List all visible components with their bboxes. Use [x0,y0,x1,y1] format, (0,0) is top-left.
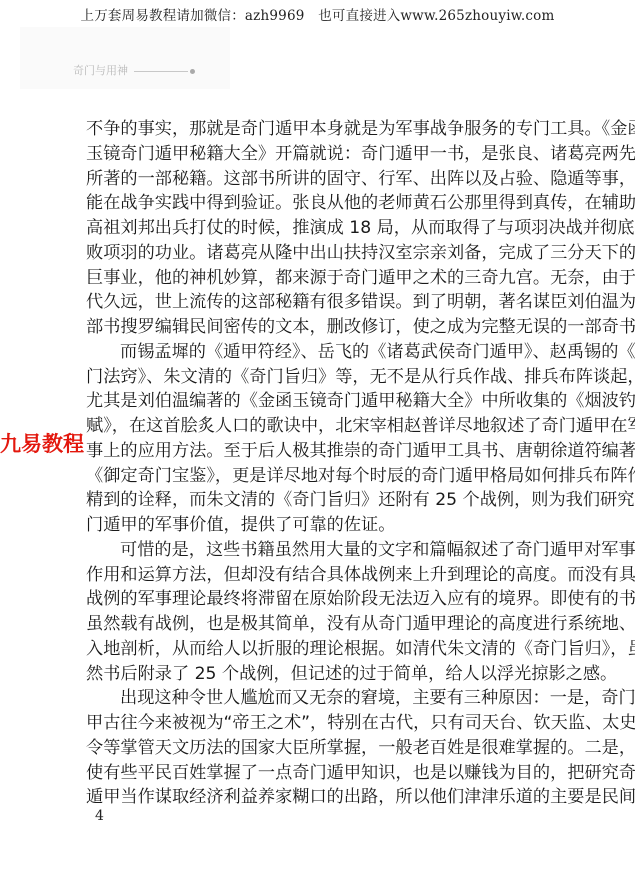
text-line: 事上的应用方法。至于后人极其推崇的奇门遁甲工具书、唐朝徐道符编著的 [86,439,552,464]
text-line: 遁甲当作谋取经济利益养家糊口的出路，所以他们津津乐道的主要是民间日 [86,785,552,810]
text-line: 代久远，世上流传的这部秘籍有很多错误。到了明朝，著名谋臣刘伯温为这 [86,290,552,315]
text-line: 甲古往今来被视为“帝王之术”，特别在古代，只有司天台、钦天监、太史 [86,711,552,736]
text-line: 玉镜奇门遁甲秘籍大全》开篇就说：奇门遁甲一书，是张良、诸葛亮两先生 [86,142,552,167]
text-line: 尤其是刘伯温编著的《金函玉镜奇门遁甲秘籍大全》中所收集的《烟波钓叟 [86,389,552,414]
top-watermark-banner: 上万套周易教程请加微信：azh9969 也可直接进入www.265zhouyiw… [0,4,635,24]
text-line: 精到的诠释，而朱文清的《奇门旨归》还附有 25 个战例，则为我们研究奇 [86,488,552,513]
text-line: 巨事业，他的神机妙算，都来源于奇门遁甲之术的三奇九宫。无奈，由于年 [86,266,552,291]
running-head-background [20,27,230,89]
text-line: 所著的一部秘籍。这部书所讲的固守、行军、出阵以及占验、隐遁等事，都 [86,167,552,192]
page-number: 4 [95,808,104,824]
body-text: 不争的事实，那就是奇门遁甲本身就是为军事战争服务的专门工具。《金函玉镜奇门遁甲秘… [86,117,552,810]
text-line: 使有些平民百姓掌握了一点奇门遁甲知识，也是以赚钱为目的，把研究奇门 [86,761,552,786]
text-line: 作用和运算方法，但却没有结合具体战例来上升到理论的高度。而没有具体 [86,563,552,588]
side-watermark: 九易教程 [0,428,84,458]
text-line: 门法窍》、朱文清的《奇门旨归》等，无不是从行兵作战、排兵布阵谈起， [86,365,552,390]
text-line: 赋》，在这首脍炙人口的歌诀中，北宋宰相赵普详尽地叙述了奇门遁甲在军 [86,414,552,439]
text-line: 门遁甲的军事价值，提供了可靠的佐证。 [86,513,552,538]
text-line: 《御定奇门宝鉴》，更是详尽地对每个时辰的奇门遁甲格局如何排兵布阵作出 [86,464,552,489]
running-head-rule [134,71,188,72]
text-line: 不争的事实，那就是奇门遁甲本身就是为军事战争服务的专门工具。《金函 [86,117,552,142]
text-line: 而锡孟墀的《遁甲符经》、岳飞的《诸葛武侯奇门遁甲》、赵禹锡的《奇 [86,340,552,365]
text-line: 令等掌管天文历法的国家大臣所掌握，一般老百姓是很难掌握的。二是，即 [86,736,552,761]
running-head: 奇门与用神 [73,62,195,78]
running-head-title: 奇门与用神 [73,64,128,77]
text-line: 然书后附录了 25 个战例，但记述的过于简单，给人以浮光掠影之感。 [86,662,552,687]
text-line: 虽然载有战例，也是极其简单，没有从奇门遁甲理论的高度进行系统地、深 [86,612,552,637]
text-line: 败项羽的功业。诸葛亮从隆中出山扶持汉室宗亲刘备，完成了三分天下的艰 [86,241,552,266]
running-head-dot-icon [190,69,195,74]
text-line: 可惜的是，这些书籍虽然用大量的文字和篇幅叙述了奇门遁甲对军事的 [86,538,552,563]
text-line: 高祖刘邦出兵打仗的时候，推演成 18 局，从而取得了与项羽决战并彻底击 [86,216,552,241]
text-line: 战例的军事理论最终将滞留在原始阶段无法迈入应有的境界。即使有的书籍 [86,587,552,612]
text-line: 能在战争实践中得到验证。张良从他的老师黄石公那里得到真传，在辅助汉 [86,191,552,216]
text-line: 入地剖析，从而给人以折服的理论根据。如清代朱文清的《奇门旨归》，虽 [86,637,552,662]
text-line: 出现这种令世人尴尬而又无奈的窘境，主要有三种原因：一是，奇门遁 [86,686,552,711]
text-line: 部书搜罗编辑民间密传的文本，删改修订，使之成为完整无误的一部奇书。 [86,315,552,340]
